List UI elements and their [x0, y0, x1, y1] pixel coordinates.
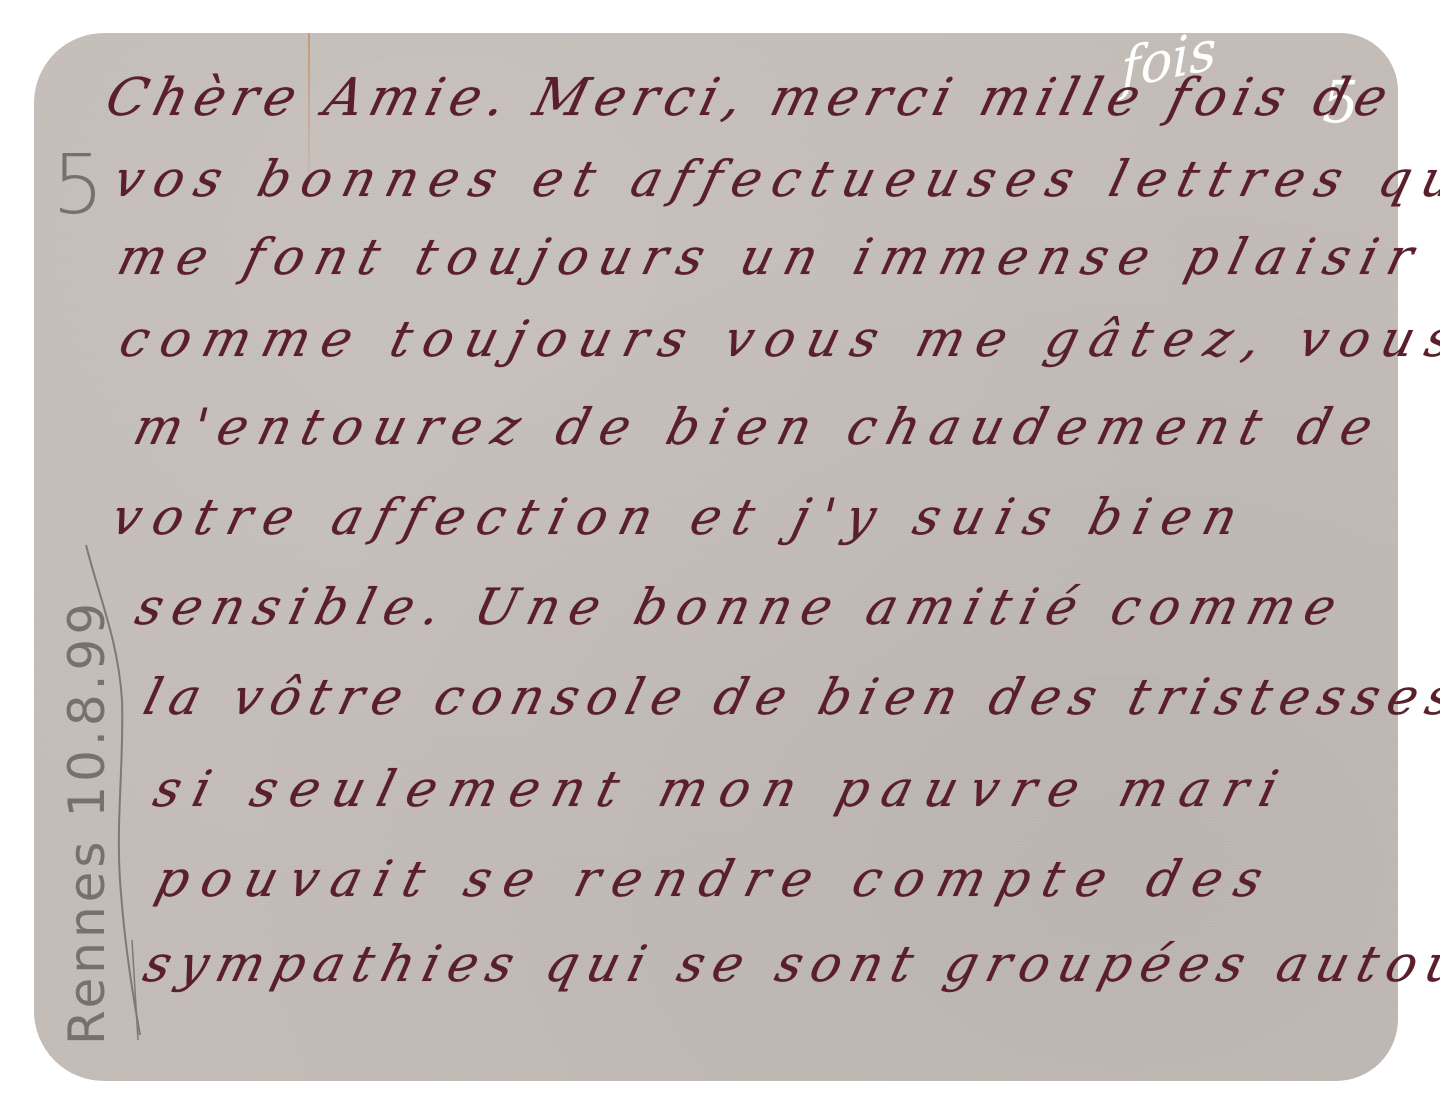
page-number-left: 5 [52, 138, 104, 233]
letter-line-8: la vôtre console de bien des tristesses, [138, 668, 1440, 726]
letter-line-5: m'entourez de bien chaudement de [128, 398, 1389, 456]
letter-line-7: sensible. Une bonne amitié comme [130, 578, 1352, 636]
place-date-annotation: Rennes 10.8.99 [58, 599, 116, 1045]
letter-line-6: votre affection et j'y suis bien [106, 488, 1255, 546]
letter-line-4: comme toujours vous me gâtez, vous [114, 310, 1440, 368]
letter-line-9: si seulement mon pauvre mari [148, 760, 1297, 818]
letter-line-2: vos bonnes et affectueuses lettres qui [108, 150, 1440, 208]
letter-line-11: sympathies qui se sont groupées autour [138, 935, 1440, 993]
letter-line-1: Chère Amie. Merci, merci mille fois de [100, 68, 1400, 128]
letter-line-3: me font toujours un immense plaisir [112, 228, 1430, 286]
letter-line-10: pouvait se rendre compte des [150, 850, 1281, 908]
